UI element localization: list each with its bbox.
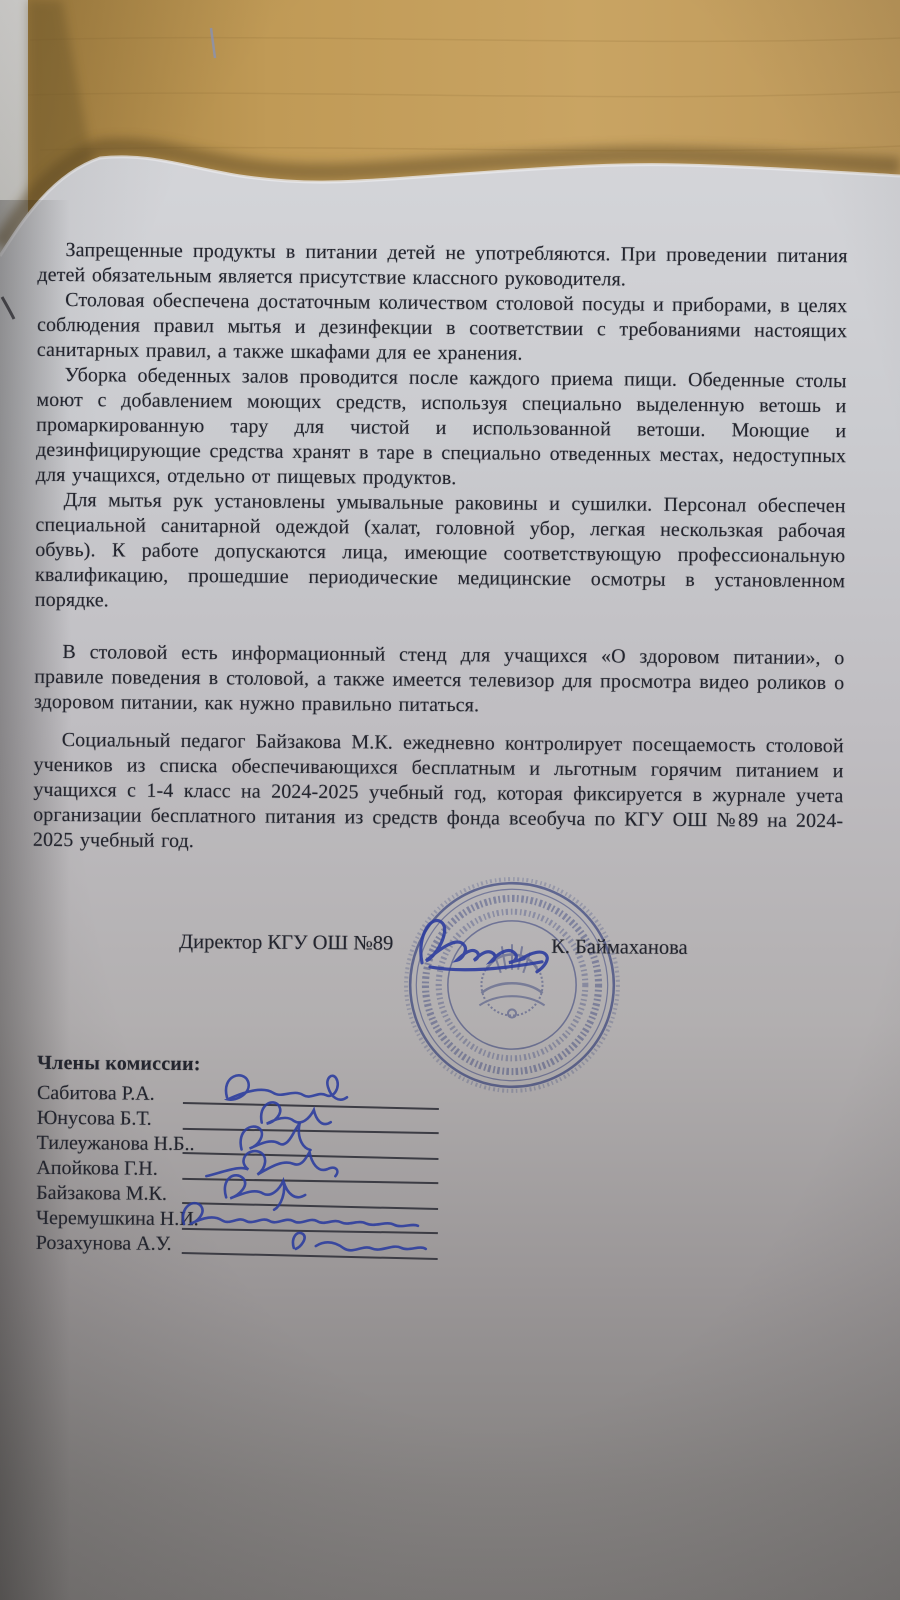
commission-block: Члены комиссии: Сабитова Р.А. Юнусова Б.…	[37, 1052, 517, 1079]
member-name: Байзакова М.К.	[36, 1182, 167, 1206]
body-text: Запрещенные продукты в питании детей не …	[33, 238, 848, 859]
paragraph: Для мытья рук установлены умывальные рак…	[35, 488, 846, 619]
paragraph: Социальный педагог Байзакова М.К. ежедне…	[33, 728, 844, 859]
member-name: Юнусова Б.Т.	[37, 1107, 152, 1131]
paragraph: Столовая обеспечена достаточным количест…	[37, 288, 848, 369]
member-row: Розахунова А.У.	[36, 1232, 516, 1261]
paragraph: Запрещенные продукты в питании детей не …	[37, 238, 847, 294]
paper-content: Запрещенные продукты в питании детей не …	[0, 0, 900, 1600]
member-name: Апойкова Г.Н.	[36, 1157, 158, 1181]
director-signature	[402, 901, 573, 992]
member-name: Розахунова А.У.	[36, 1232, 172, 1256]
paragraph: В столовой есть информационный стенд для…	[34, 640, 845, 721]
member-signature	[166, 1217, 466, 1263]
document-photo: Запрещенные продукты в питании детей не …	[0, 0, 900, 1600]
member-name: Сабитова Р.А.	[37, 1082, 155, 1106]
paragraph: Уборка обеденных залов проводится после …	[36, 363, 847, 494]
director-label: Директор КГУ ОШ №89	[179, 931, 393, 956]
commission-list: Сабитова Р.А. Юнусова Б.Т. Тилеужанова Н…	[35, 1082, 517, 1306]
